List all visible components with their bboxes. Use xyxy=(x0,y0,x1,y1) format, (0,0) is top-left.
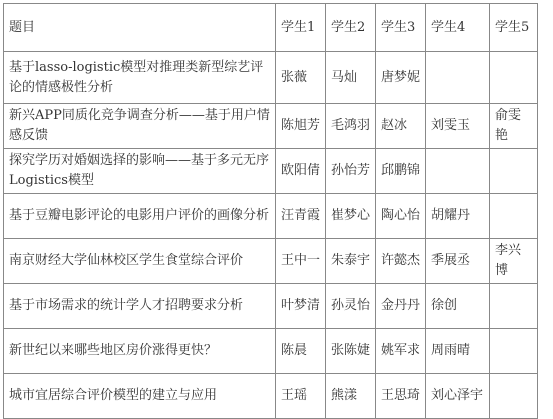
student-cell: 姚军求 xyxy=(376,329,426,374)
student-cell: 陶心怡 xyxy=(376,194,426,239)
header-student-2: 学生2 xyxy=(326,4,376,52)
student-cell: 徐创 xyxy=(426,284,490,329)
student-cell: 邱鹏锦 xyxy=(376,149,426,194)
student-cell xyxy=(426,52,490,104)
student-cell: 季展丞 xyxy=(426,239,490,284)
student-cell xyxy=(490,149,538,194)
student-cell: 李兴博 xyxy=(490,239,538,284)
header-student-3: 学生3 xyxy=(376,4,426,52)
header-student-5: 学生5 xyxy=(490,4,538,52)
student-cell: 刘心泽宇 xyxy=(426,374,490,417)
student-cell: 熊漾 xyxy=(326,374,376,417)
student-cell: 王中一 xyxy=(276,239,326,284)
student-cell: 俞雯艳 xyxy=(490,104,538,149)
student-cell: 朱泰宇 xyxy=(326,239,376,284)
student-cell: 孙灵怡 xyxy=(326,284,376,329)
student-cell: 胡耀丹 xyxy=(426,194,490,239)
student-cell: 陈旭芳 xyxy=(276,104,326,149)
project-title: 城市宜居综合评价模型的建立与应用 xyxy=(4,374,276,417)
header-row: 题目 学生1 学生2 学生3 学生4 学生5 xyxy=(4,4,538,52)
student-cell: 张薇 xyxy=(276,52,326,104)
student-cell: 张陈婕 xyxy=(326,329,376,374)
student-cell: 汪青霞 xyxy=(276,194,326,239)
student-cell xyxy=(490,194,538,239)
table-row: 新世纪以来哪些地区房价涨得更快？ 陈晨 张陈婕 姚军求 周雨晴 xyxy=(4,329,538,374)
student-cell: 刘雯玉 xyxy=(426,104,490,149)
project-title: 新兴APP同质化竞争调查分析——基于用户情感反馈 xyxy=(4,104,276,149)
student-cell: 孙怡芳 xyxy=(326,149,376,194)
table-row: 基于豆瓣电影评论的电影用户评价的画像分析 汪青霞 崔梦心 陶心怡 胡耀丹 xyxy=(4,194,538,239)
student-cell: 叶梦清 xyxy=(276,284,326,329)
project-title: 探究学历对婚姻选择的影响——基于多元无序Logistics模型 xyxy=(4,149,276,194)
student-cell xyxy=(490,374,538,417)
student-cell: 周雨晴 xyxy=(426,329,490,374)
student-cell xyxy=(490,284,538,329)
student-cell: 欧阳倩 xyxy=(276,149,326,194)
project-title: 基于lasso-logistic模型对推理类新型综艺评论的情感极性分析 xyxy=(4,52,276,104)
table-row: 城市宜居综合评价模型的建立与应用 王瑶 熊漾 王思琦 刘心泽宇 xyxy=(4,374,538,417)
student-cell: 王瑶 xyxy=(276,374,326,417)
student-cell: 金丹丹 xyxy=(376,284,426,329)
student-cell xyxy=(426,149,490,194)
table-row: 基于lasso-logistic模型对推理类新型综艺评论的情感极性分析 张薇 马… xyxy=(4,52,538,104)
student-cell: 赵冰 xyxy=(376,104,426,149)
table-row: 新兴APP同质化竞争调查分析——基于用户情感反馈 陈旭芳 毛鸿羽 赵冰 刘雯玉 … xyxy=(4,104,538,149)
header-title: 题目 xyxy=(4,4,276,52)
project-title: 基于豆瓣电影评论的电影用户评价的画像分析 xyxy=(4,194,276,239)
header-student-4: 学生4 xyxy=(426,4,490,52)
table-row: 南京财经大学仙林校区学生食堂综合评价 王中一 朱泰宇 许懿杰 季展丞 李兴博 xyxy=(4,239,538,284)
project-title: 南京财经大学仙林校区学生食堂综合评价 xyxy=(4,239,276,284)
student-cell: 许懿杰 xyxy=(376,239,426,284)
header-student-1: 学生1 xyxy=(276,4,326,52)
student-cell: 陈晨 xyxy=(276,329,326,374)
student-cell: 崔梦心 xyxy=(326,194,376,239)
student-cell xyxy=(490,329,538,374)
project-title: 新世纪以来哪些地区房价涨得更快？ xyxy=(4,329,276,374)
student-cell: 唐梦妮 xyxy=(376,52,426,104)
project-student-table: 题目 学生1 学生2 学生3 学生4 学生5 基于lasso-logistic模… xyxy=(3,3,538,416)
student-cell: 王思琦 xyxy=(376,374,426,417)
project-title: 基于市场需求的统计学人才招聘要求分析 xyxy=(4,284,276,329)
student-cell: 毛鸿羽 xyxy=(326,104,376,149)
student-cell xyxy=(490,52,538,104)
table-row: 探究学历对婚姻选择的影响——基于多元无序Logistics模型 欧阳倩 孙怡芳 … xyxy=(4,149,538,194)
student-cell: 马灿 xyxy=(326,52,376,104)
table-row: 基于市场需求的统计学人才招聘要求分析 叶梦清 孙灵怡 金丹丹 徐创 xyxy=(4,284,538,329)
